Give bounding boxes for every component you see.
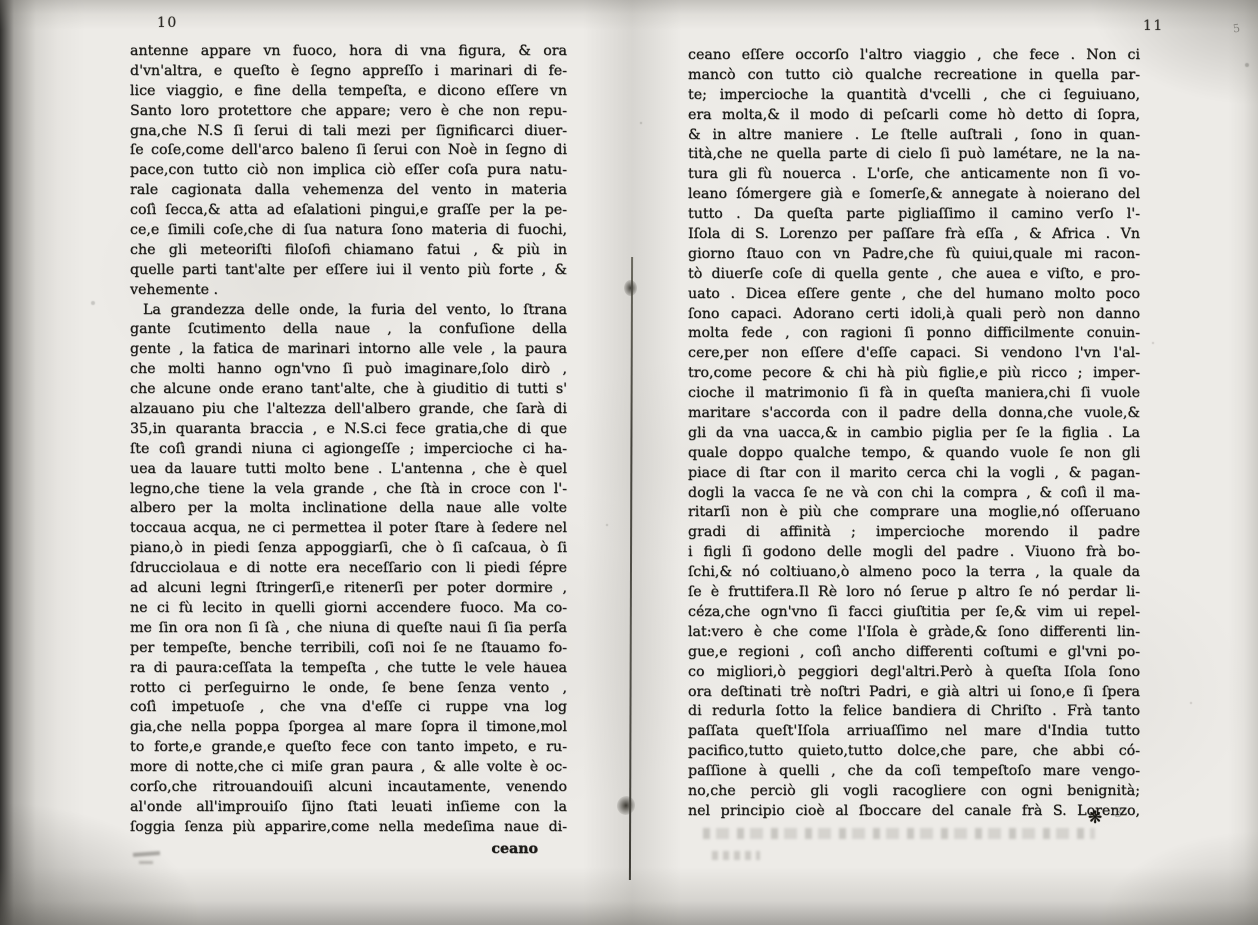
- text-line: lat:vero è che come l'Iſola è gràde,& ſo…: [688, 623, 1140, 643]
- text-line: ra di paura:ceſſata la tempeſta , che tu…: [130, 659, 567, 679]
- text-line: rotto ci perſeguirno le onde, ſe bene ſe…: [130, 679, 567, 699]
- text-line: quale doppo qualche tempo, & quando vuol…: [688, 444, 1140, 464]
- ink-offset-ghost-2: [712, 851, 760, 860]
- text-line: Santo loro protettore che appare; vero è…: [130, 102, 567, 122]
- text-line: leano ſómergere già e ſomerſe,& annegate…: [688, 185, 1140, 205]
- text-line: gradi di affinità ; impercioche morendo …: [688, 523, 1140, 543]
- text-line: albero per la molta inclinatione della n…: [130, 499, 567, 519]
- text-line: gue,e regioni , coſì ancho differenti co…: [688, 643, 1140, 663]
- text-line: uea da lauare tutti molto bene . L'anten…: [130, 460, 567, 480]
- text-line: quelle parti tant'alte per eſſere iui il…: [130, 261, 567, 281]
- text-line: pace,con tutto ciò non implica ciò eſſer…: [130, 161, 567, 181]
- text-line: ſe è fruttifera.Il Rè loro nó ſerue p al…: [688, 583, 1140, 603]
- text-line: céza,che ogn'vno ſi facci giuſtitia per …: [688, 603, 1140, 623]
- text-line: gente , la fatica de marinari intorno al…: [130, 340, 567, 360]
- text-line: me ſin ora non ſi ſà , che niuna di queſ…: [130, 619, 567, 639]
- text-line: gante ſcutimento della naue , la confuſi…: [130, 320, 567, 340]
- text-line: lice viaggio, e fine della tempeſta, e d…: [130, 82, 567, 102]
- text-line: dogli la vacca ſe ne và con chi la compr…: [688, 484, 1140, 504]
- text-line: ad alcuni legni ſtringerſi,e ritenerſi p…: [130, 579, 567, 599]
- text-line: rale cagionata dalla vehemenza del vento…: [130, 181, 567, 201]
- text-line: 35,in quaranta braccia , e N.S.ci fece g…: [130, 420, 567, 440]
- text-line: ne ci fù lecito in quelli giorni accende…: [130, 599, 567, 619]
- text-line: per tempeſte, benche terribili, coſi noi…: [130, 639, 567, 659]
- text-line: toccaua acqua, ne ci permettea il poter …: [130, 519, 567, 539]
- text-line: ſe coſe,come dell'arco baleno ſi ſerui c…: [130, 141, 567, 161]
- text-line: gli da vna uacca,& in cambio piglia per …: [688, 424, 1140, 444]
- text-line: paſſata queſt'Iſola arriuaſſimo nel mare…: [688, 722, 1140, 742]
- text-line: uato . Dicea eſſere gente , che del huma…: [688, 285, 1140, 305]
- text-line: pacifico,tutto quieto,tutto dolce,che pa…: [688, 742, 1140, 762]
- text-line: alzauano piu che l'altezza dell'albero g…: [130, 400, 567, 420]
- text-line: antenne appare vn fuoco, hora di vna fig…: [130, 42, 567, 62]
- text-line: piano,ò in piedi ſenza appoggiarſi, che …: [130, 539, 567, 559]
- paragraph: antenne appare vn fuoco, hora di vna fig…: [130, 42, 567, 301]
- top-right-corner-shadow: [1018, 0, 1258, 150]
- text-line: d'vn'altra, e queſto è ſegno appreſſo i …: [130, 62, 567, 82]
- text-line: legno,che tiene la vela grande , che ſtà…: [130, 480, 567, 500]
- bottom-left-corner-shadow: [0, 755, 280, 925]
- text-line: ſdrucciolaua e di notte era neceſſario c…: [130, 559, 567, 579]
- text-line: ritarſi non è più che comprare una mogli…: [688, 503, 1140, 523]
- text-line: gia,che nella poppa ſporgea al mare ſopr…: [130, 718, 567, 738]
- text-line: ora deſtinati trè noſtri Padri, e già al…: [688, 683, 1140, 703]
- text-line: che alcune onde erano tant'alte, che à g…: [130, 380, 567, 400]
- paragraph: ceano eſſere occorſo l'altro viaggio , c…: [688, 46, 1140, 822]
- text-line: coſì impetuoſe , che vna d'eſſe ci ruppe…: [130, 698, 567, 718]
- text-line: coſì ſecca,& atta ad eſalationi pingui,e…: [130, 201, 567, 221]
- text-line: vehemente .: [130, 281, 567, 301]
- right-page-text-block: ceano eſſere occorſo l'altro viaggio , c…: [688, 46, 1140, 822]
- text-line: maritare s'accorda con il padre della do…: [688, 404, 1140, 424]
- text-line: piace di ſtar con il marito cerca chi la…: [688, 464, 1140, 484]
- text-line: gna,che N.S ſi ſerui di tali mezi per ſi…: [130, 122, 567, 142]
- text-line: tro,come pecore & chi hà più figlie,e pi…: [688, 364, 1140, 384]
- ink-offset-ghost-1: [703, 828, 1095, 839]
- text-line: Iſola di S. Lorenzo per paſſare frà eſſa…: [688, 225, 1140, 245]
- text-line: tutto . Da queſta parte pigliaſſimo il c…: [688, 205, 1140, 225]
- text-line: molta fede , con ragioni ſi ponno diffic…: [688, 324, 1140, 344]
- text-line: che molti hanno ogn'vno ſi può imaginare…: [130, 360, 567, 380]
- text-line: i figli ſi godono delle mogli del padre …: [688, 543, 1140, 563]
- scanned-book-spread: 10 11 5 antenne appare vn fuoco, hora di…: [0, 0, 1258, 925]
- text-line: cere,per non eſſere d'eſſe capaci. Si ve…: [688, 344, 1140, 364]
- text-line: di redurla ſotto la felice bandiera di C…: [688, 702, 1140, 722]
- binding-knot-top: [624, 280, 637, 296]
- text-line: ce,e ſimili coſe,che di ſua natura ſono …: [130, 221, 567, 241]
- left-page-text-block: antenne appare vn fuoco, hora di vna fig…: [130, 42, 567, 838]
- text-line: ſchi,& nó coltiuano,ò almeno poco la ter…: [688, 563, 1140, 583]
- text-line: tò diuerſe coſe di quella gente , che au…: [688, 265, 1140, 285]
- text-line: La grandezza delle onde, la furia del ve…: [130, 301, 567, 321]
- text-line: cioche il matrimonio ſi fà in queſta man…: [688, 384, 1140, 404]
- text-line: co migliori,ò peggiori degl'altri.Però à…: [688, 663, 1140, 683]
- text-line: tura gli fù nouerca . L'orſe, che antica…: [688, 165, 1140, 185]
- bottom-right-corner-shadow: [1038, 795, 1258, 925]
- text-line: ſono capaci. Adorano certi idoli,à quali…: [688, 305, 1140, 325]
- text-line: che gli meteoriſti filoſofi chiamano fat…: [130, 241, 567, 261]
- text-line: giorno ſtauo con vn Padre,che fù quiui,q…: [688, 245, 1140, 265]
- text-line: ſte coſì grandi niuna ci agiongeſſe ; im…: [130, 440, 567, 460]
- text-line: paſſione à quelli , che da coſi tempeſto…: [688, 762, 1140, 782]
